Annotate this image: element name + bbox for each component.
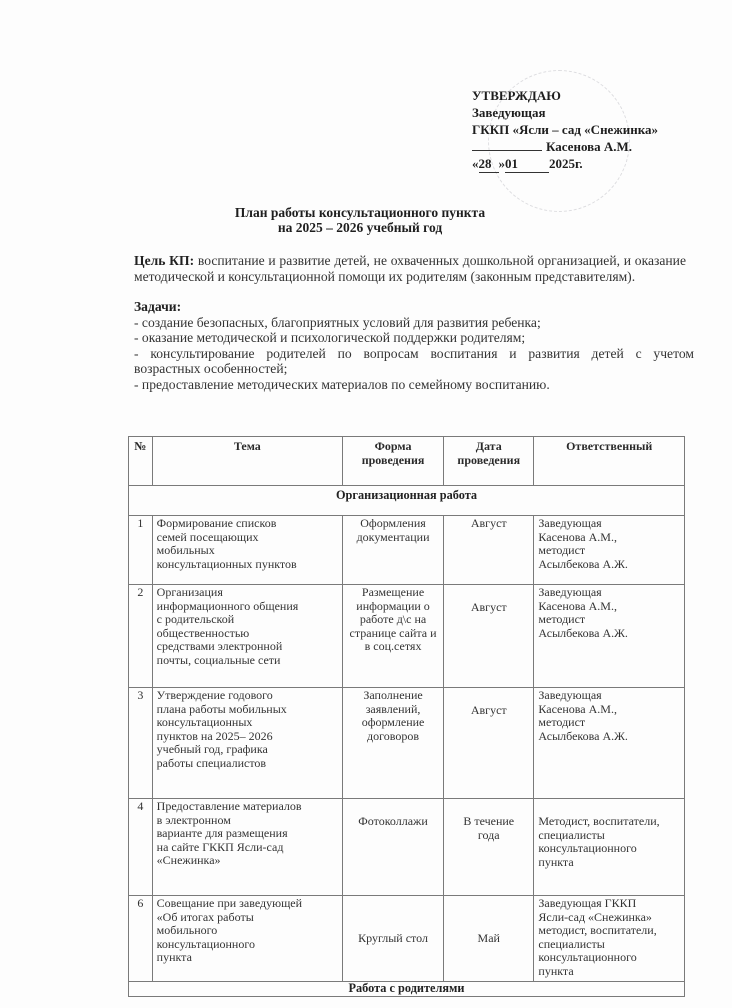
goal-text: воспитание и развитие детей, не охваченн…	[134, 253, 686, 284]
tasks-label: Задачи:	[134, 299, 694, 315]
header-form: Форма проведения	[343, 437, 444, 486]
goal-paragraph: Цель КП: воспитание и развитие детей, не…	[134, 253, 686, 284]
row-responsible: Заведующая Касенова А.М., методист Асылб…	[534, 688, 685, 799]
row-form: Оформления документации	[343, 516, 444, 585]
row-number: 1	[129, 516, 153, 585]
header-number: №	[129, 437, 153, 486]
row-date: Август	[444, 688, 534, 799]
row-number: 2	[129, 585, 153, 688]
header-responsible: Ответственный	[534, 437, 685, 486]
date-year: 2025г.	[549, 156, 583, 171]
section-title: Работа с родителями	[129, 982, 685, 997]
approval-block: УТВЕРЖДАЮ Заведующая ГККП «Ясли – сад «С…	[472, 87, 658, 173]
tasks-list: Задачи: - создание безопасных, благоприя…	[134, 299, 694, 392]
row-number: 3	[129, 688, 153, 799]
row-form: Размещение информации о работе д\с на ст…	[343, 585, 444, 688]
approval-date: «28»012025г.	[472, 155, 658, 173]
row-responsible: Заведующая Касенова А.М., методист Асылб…	[534, 585, 685, 688]
row-topic: Организация информационного общения с ро…	[152, 585, 342, 688]
row-date: Август	[444, 585, 534, 688]
row-topic: Предоставление материалов в электронном …	[152, 799, 342, 896]
row-topic: Утверждение годового плана работы мобиль…	[152, 688, 342, 799]
task-item: - создание безопасных, благоприятных усл…	[134, 315, 694, 331]
work-plan-table: № Тема Форма проведения Дата проведения …	[128, 436, 685, 997]
document-title: План работы консультационного пункта на …	[120, 205, 600, 235]
header-date: Дата проведения	[444, 437, 534, 486]
row-date: В течение года	[444, 799, 534, 896]
section-title: Организационная работа	[129, 486, 685, 516]
row-number: 6	[129, 896, 153, 982]
row-topic: Совещание при заведующей «Об итогах рабо…	[152, 896, 342, 982]
task-item: - предоставление методических материалов…	[134, 377, 694, 393]
row-form: Фотоколлажи	[343, 799, 444, 896]
approval-heading: УТВЕРЖДАЮ	[472, 87, 658, 104]
row-responsible: Методист, воспитатели, специалисты консу…	[534, 799, 685, 896]
approval-signatory: Касенова А.М.	[546, 139, 632, 154]
row-topic: Формирование списков семей посещающих мо…	[152, 516, 342, 585]
section-row: Организационная работа	[129, 486, 685, 516]
table-header-row: № Тема Форма проведения Дата проведения …	[129, 437, 685, 486]
date-day: 28	[479, 155, 499, 173]
row-responsible: Заведующая ГККП Ясли-сад «Снежинка» мето…	[534, 896, 685, 982]
header-topic: Тема	[152, 437, 342, 486]
section-row: Работа с родителями	[129, 982, 685, 997]
table-row: 3 Утверждение годового плана работы моби…	[129, 688, 685, 799]
signature-line	[472, 139, 542, 151]
table-row: 1 Формирование списков семей посещающих …	[129, 516, 685, 585]
date-month: 01	[505, 155, 549, 173]
table-row: 2 Организация информационного общения с …	[129, 585, 685, 688]
task-item: возрастных особенностей;	[134, 361, 694, 377]
table-row: 6 Совещание при заведующей «Об итогах ра…	[129, 896, 685, 982]
task-item: - оказание методической и психологическо…	[134, 330, 694, 346]
row-responsible: Заведующая Касенова А.М., методист Асылб…	[534, 516, 685, 585]
row-form: Круглый стол	[343, 896, 444, 982]
approval-organization: ГККП «Ясли – сад «Снежинка»	[472, 121, 658, 138]
goal-label: Цель КП:	[134, 253, 194, 268]
row-form: Заполнение заявлений, оформление договор…	[343, 688, 444, 799]
table-row: 4 Предоставление материалов в электронно…	[129, 799, 685, 896]
approval-position: Заведующая	[472, 104, 658, 121]
row-date: Май	[444, 896, 534, 982]
row-date: Август	[444, 516, 534, 585]
task-item: - консультирование родителей по вопросам…	[134, 346, 694, 362]
title-line-1: План работы консультационного пункта	[120, 205, 600, 220]
row-number: 4	[129, 799, 153, 896]
title-line-2: на 2025 – 2026 учебный год	[120, 220, 600, 235]
